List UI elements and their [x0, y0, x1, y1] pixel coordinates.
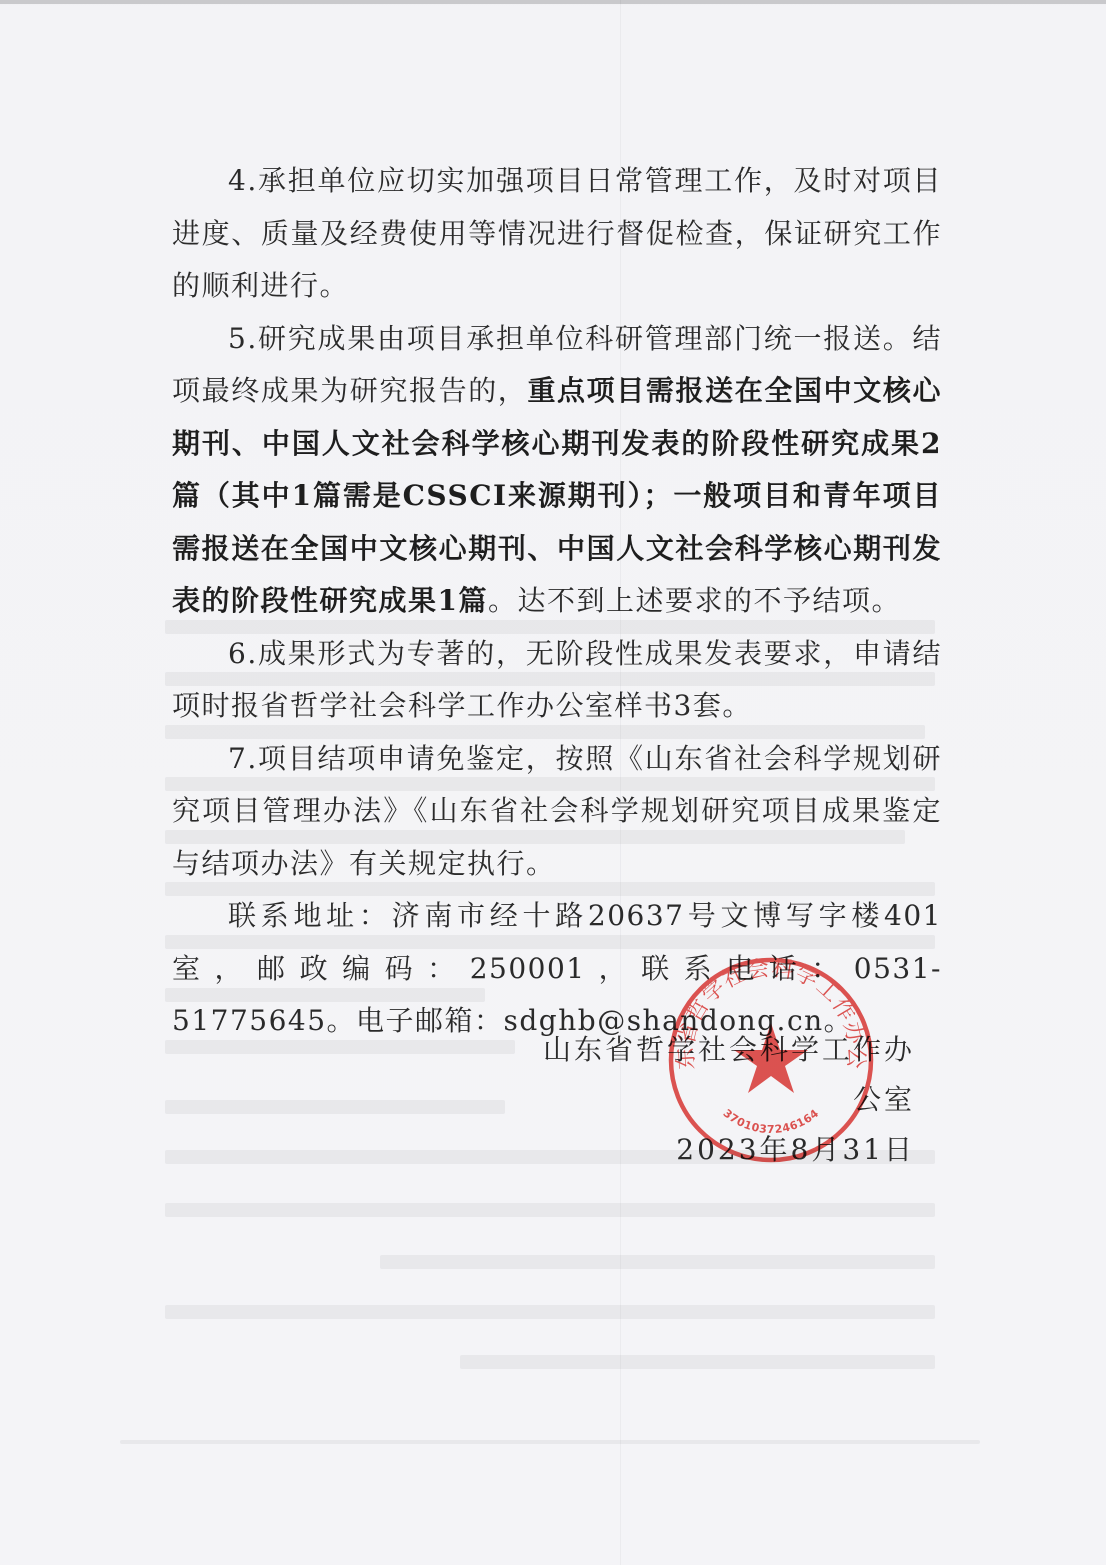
scanned-page: 4.承担单位应切实加强项目日常管理工作，及时对项目进度、质量及经费使用等情况进行… [0, 0, 1106, 1565]
bleed-line [165, 1100, 505, 1114]
paragraph-text: 。达不到上述要求的不予结项。 [488, 584, 901, 617]
seal-code: 3701037246164 [721, 1107, 822, 1136]
paragraph-item-5: 5.研究成果由项目承担单位科研管理部门统一报送。结项最终成果为研究报告的，重点项… [172, 313, 942, 628]
paragraph-text: 6.成果形式为专著的，无阶段性成果发表要求，申请结项时报省哲学社会科学工作办公室… [172, 637, 942, 723]
paragraph-item-4: 4.承担单位应切实加强项目日常管理工作，及时对项目进度、质量及经费使用等情况进行… [172, 155, 942, 313]
paragraph-text: 7.项目结项申请免鉴定，按照《山东省社会科学规划研究项目管理办法》《山东省社会科… [172, 742, 942, 880]
document-body: 4.承担单位应切实加强项目日常管理工作，及时对项目进度、质量及经费使用等情况进行… [172, 155, 942, 1048]
official-seal-icon: 山东省哲学社会科学工作办公室 3701037246164 [666, 955, 876, 1165]
bleed-line [460, 1355, 935, 1369]
scan-top-edge [0, 0, 1106, 4]
bleed-line [165, 1305, 935, 1319]
paragraph-text: 4.承担单位应切实加强项目日常管理工作，及时对项目进度、质量及经费使用等情况进行… [172, 164, 942, 302]
bleed-line [380, 1255, 935, 1269]
paragraph-item-7: 7.项目结项申请免鉴定，按照《山东省社会科学规划研究项目管理办法》《山东省社会科… [172, 733, 942, 891]
paragraph-text-bold: 重点项目需报送在全国中文核心期刊、中国人文社会科学核心期刊发表的阶段性研究成果2… [172, 374, 942, 617]
seal-star-icon [734, 1023, 808, 1093]
bleed-line [165, 1203, 935, 1217]
bleed-line [120, 1440, 980, 1444]
svg-text:3701037246164: 3701037246164 [721, 1107, 822, 1136]
paragraph-item-6: 6.成果形式为专著的，无阶段性成果发表要求，申请结项时报省哲学社会科学工作办公室… [172, 628, 942, 733]
